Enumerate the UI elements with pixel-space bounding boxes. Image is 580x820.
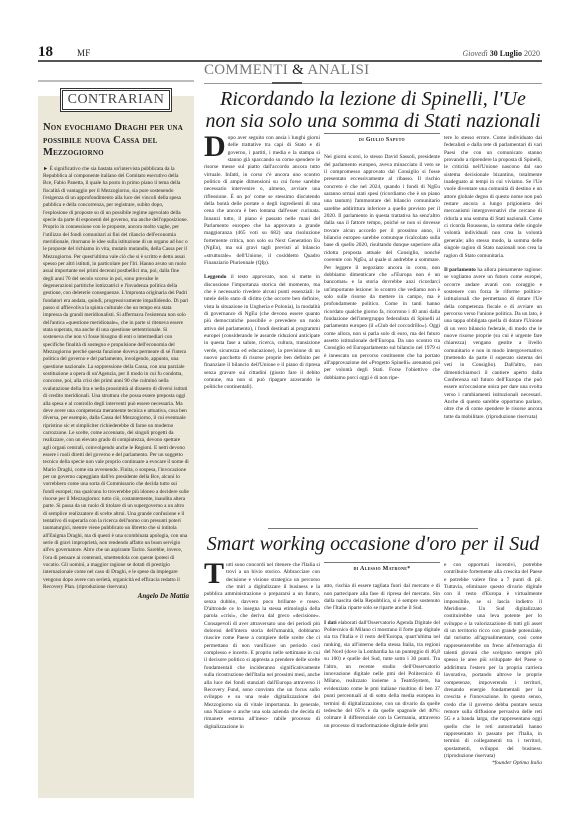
article2-dropcap: T <box>204 563 224 585</box>
contrarian-body: ► È significativo che sia bastata un'int… <box>43 166 189 592</box>
section-header: COMMENTI & ANALISI <box>204 62 369 79</box>
contrarian-signature: Angelo De Mattia <box>43 592 189 600</box>
page-folio: 18 MF <box>38 44 91 61</box>
left-rule <box>38 80 194 82</box>
article2-top-rule <box>268 528 478 529</box>
article1-column-1: Dopo aver seguito con ansia i lunghi gio… <box>204 135 320 525</box>
article2-byline: di Alessio Matrone* <box>324 566 440 573</box>
article1-lead-2: Il parlamento <box>444 267 476 273</box>
section-accent <box>272 82 302 84</box>
section-word-2: ANALISI <box>307 62 369 78</box>
section-word-1: COMMENTI <box>204 62 288 78</box>
article1-lead-1: Leggendo <box>204 274 226 280</box>
article1-byline: di Giulio Saputo <box>324 137 440 144</box>
issue-date: Giovedì 30 Luglio 2020 <box>462 49 540 58</box>
article1-column-3: tere lo stesso errore. Come individuato … <box>444 135 542 525</box>
date-day: Giovedì <box>462 49 487 58</box>
article2-footnote: *founder Optima Italia <box>444 760 542 767</box>
contrarian-box: CONTRARIAN Non evochiamo Draghi per una … <box>38 96 194 798</box>
publication-name: MF <box>77 48 91 58</box>
contrarian-title: Non evochiamo Draghi per una possibile n… <box>43 122 189 160</box>
article2-headline: Smart working occasione d'oro per il Sud <box>204 533 542 555</box>
section-rule <box>204 83 542 84</box>
byline-rule <box>324 562 440 563</box>
date-main: 30 Luglio <box>490 49 522 58</box>
article1-dropcap: D <box>204 136 226 158</box>
article2-column-1: Tutti sono concordi nel ritenere che l'I… <box>204 562 320 802</box>
article2-column-2: di Alessio Matrone* atto, rischia di ess… <box>324 562 440 802</box>
date-year: 2020 <box>524 49 540 58</box>
section-amp: & <box>292 62 304 78</box>
page-number: 18 <box>38 44 53 61</box>
article2-lead: I dati <box>324 620 337 626</box>
contrarian-badge: CONTRARIAN <box>60 88 173 112</box>
article2-column-3: e con opportuni incentivi, potrebbe cont… <box>444 562 542 802</box>
article1-column-2: di Giulio Saputo Nei giorni scorsi, lo s… <box>324 133 440 523</box>
article1-headline: Ricordando la lezione di Spinelli, l'Ue … <box>204 88 542 132</box>
byline-rule <box>324 133 440 134</box>
